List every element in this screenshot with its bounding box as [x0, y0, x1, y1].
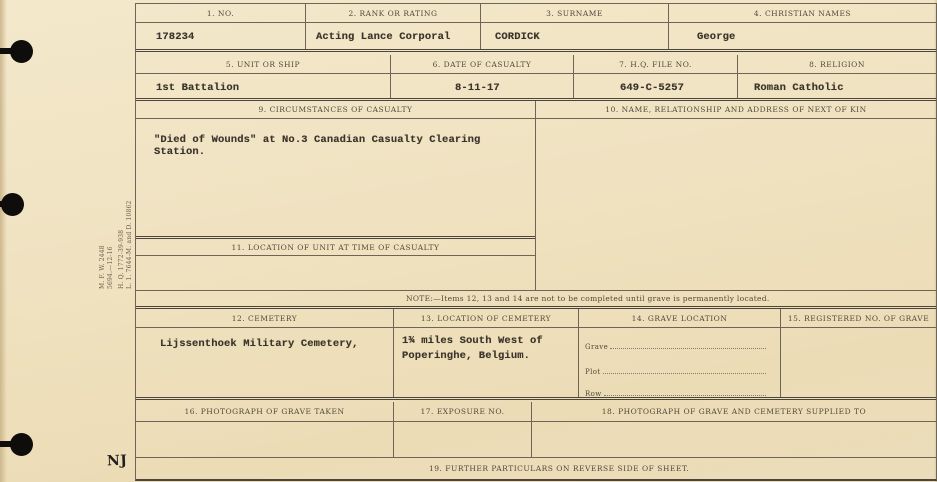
bottom-band: 19. FURTHER PARTICULARS ON REVERSE SIDE …: [136, 458, 936, 479]
print-code-line: M. F. W. 2448: [99, 193, 107, 289]
note-text: NOTE:—Items 12, 13 and 14 are not to be …: [406, 294, 770, 303]
next-of-kin-value: [536, 119, 936, 291]
registered-no-value: [781, 328, 936, 397]
surname-value: CORDICK: [481, 23, 669, 49]
hq-file-no-value: 649-C-5257: [574, 74, 738, 98]
cemetery-value: Lijssenthoek Military Cemetery,: [136, 328, 394, 397]
binder-hole: [1, 193, 24, 216]
right-mid-column: 10. NAME, RELATIONSHIP AND ADDRESS OF NE…: [536, 101, 936, 290]
no-value: 178234: [136, 23, 306, 49]
christian-names-value: George: [669, 23, 936, 49]
mid-section: 9. CIRCUMSTANCES OF CASUALTY "Died of Wo…: [136, 101, 936, 291]
unit-label: 5. UNIT OR SHIP: [136, 55, 391, 73]
plot-row: Plot: [585, 365, 766, 376]
photo-taken-value: [136, 422, 394, 457]
registered-no-label: 15. REGISTERED NO. OF GRAVE: [781, 309, 936, 327]
cemetery-label: 12. CEMETERY: [136, 309, 394, 327]
note-band: NOTE:—Items 12, 13 and 14 are not to be …: [136, 291, 936, 309]
exposure-no-value: [394, 422, 532, 457]
casualty-form: 1. NO. 2. RANK OR RATING 3. SURNAME 4. C…: [135, 3, 937, 481]
photo-taken-label: 16. PHOTOGRAPH OF GRAVE TAKEN: [136, 402, 394, 421]
row-row-label: Row: [585, 390, 602, 398]
religion-value: Roman Catholic: [738, 74, 936, 98]
circumstances-label: 9. CIRCUMSTANCES OF CASUALTY: [136, 101, 535, 119]
row-row: Row: [585, 387, 766, 398]
hq-file-no-label: 7. H.Q. FILE NO.: [574, 55, 738, 73]
row5-body-band: [136, 422, 936, 458]
religion-label: 8. RELIGION: [738, 55, 936, 73]
row5-header-band: 16. PHOTOGRAPH OF GRAVE TAKEN 17. EXPOSU…: [136, 402, 936, 422]
grave-row: Grave: [585, 340, 766, 351]
dotted-leader: [610, 340, 766, 349]
row2-value-band: 1st Battalion 8-11-17 649-C-5257 Roman C…: [136, 74, 936, 101]
unit-location-value: [136, 256, 535, 288]
christian-names-label: 4. CHRISTIAN NAMES: [669, 4, 936, 22]
row4-body-band: Lijssenthoek Military Cemetery, 1¾ miles…: [136, 328, 936, 400]
grave-location-label: 14. GRAVE LOCATION: [579, 309, 781, 327]
print-code-line: L. 1. 7644-M. and D. 10862: [126, 193, 134, 289]
rank-label: 2. RANK OR RATING: [306, 4, 481, 22]
surname-label: 3. SURNAME: [481, 4, 669, 22]
grave-location-cell: Grave Plot Row: [579, 328, 781, 397]
left-mid-column: 9. CIRCUMSTANCES OF CASUALTY "Died of Wo…: [136, 101, 536, 290]
row2-header-band: 5. UNIT OR SHIP 6. DATE OF CASUALTY 7. H…: [136, 55, 936, 74]
print-code-line: 5694.—12-16: [107, 193, 115, 289]
binder-hole: [10, 433, 33, 456]
no-label: 1. NO.: [136, 4, 306, 22]
next-of-kin-label: 10. NAME, RELATIONSHIP AND ADDRESS OF NE…: [536, 101, 936, 119]
exposure-no-label: 17. EXPOSURE NO.: [394, 402, 532, 421]
dotted-leader: [603, 365, 766, 374]
further-particulars-text: 19. FURTHER PARTICULARS ON REVERSE SIDE …: [429, 464, 689, 473]
date-of-casualty-value: 8-11-17: [391, 74, 574, 98]
date-of-casualty-label: 6. DATE OF CASUALTY: [391, 55, 574, 73]
casualty-record-card: M. F. W. 2448 5694.—12-16 H. Q. 1772-39-…: [0, 0, 937, 482]
cemetery-location-label: 13. LOCATION OF CEMETERY: [394, 309, 579, 327]
row1-value-band: 178234 Acting Lance Corporal CORDICK Geo…: [136, 23, 936, 52]
rank-value: Acting Lance Corporal: [306, 23, 481, 49]
plot-row-label: Plot: [585, 368, 601, 376]
form-print-codes: M. F. W. 2448 5694.—12-16 H. Q. 1772-39-…: [99, 193, 134, 289]
cemetery-location-value: 1¾ miles South West of Poperinghe, Belgi…: [394, 328, 579, 397]
paper-left-edge: [0, 0, 7, 482]
photo-supplied-value: [532, 422, 936, 457]
grave-row-label: Grave: [585, 343, 608, 351]
row4-header-band: 12. CEMETERY 13. LOCATION OF CEMETERY 14…: [136, 309, 936, 328]
photo-supplied-label: 18. PHOTOGRAPH OF GRAVE AND CEMETERY SUP…: [532, 402, 936, 421]
unit-value: 1st Battalion: [136, 74, 391, 98]
clerk-initials-stamp: NJ: [107, 453, 128, 470]
unit-location-label: 11. LOCATION OF UNIT AT TIME OF CASUALTY: [136, 236, 535, 256]
binder-hole: [10, 40, 33, 63]
circumstances-value: "Died of Wounds" at No.3 Canadian Casual…: [136, 119, 535, 236]
dotted-leader: [604, 387, 766, 396]
print-code-line: H. Q. 1772-39-938: [118, 193, 126, 289]
row1-header-band: 1. NO. 2. RANK OR RATING 3. SURNAME 4. C…: [136, 4, 936, 23]
